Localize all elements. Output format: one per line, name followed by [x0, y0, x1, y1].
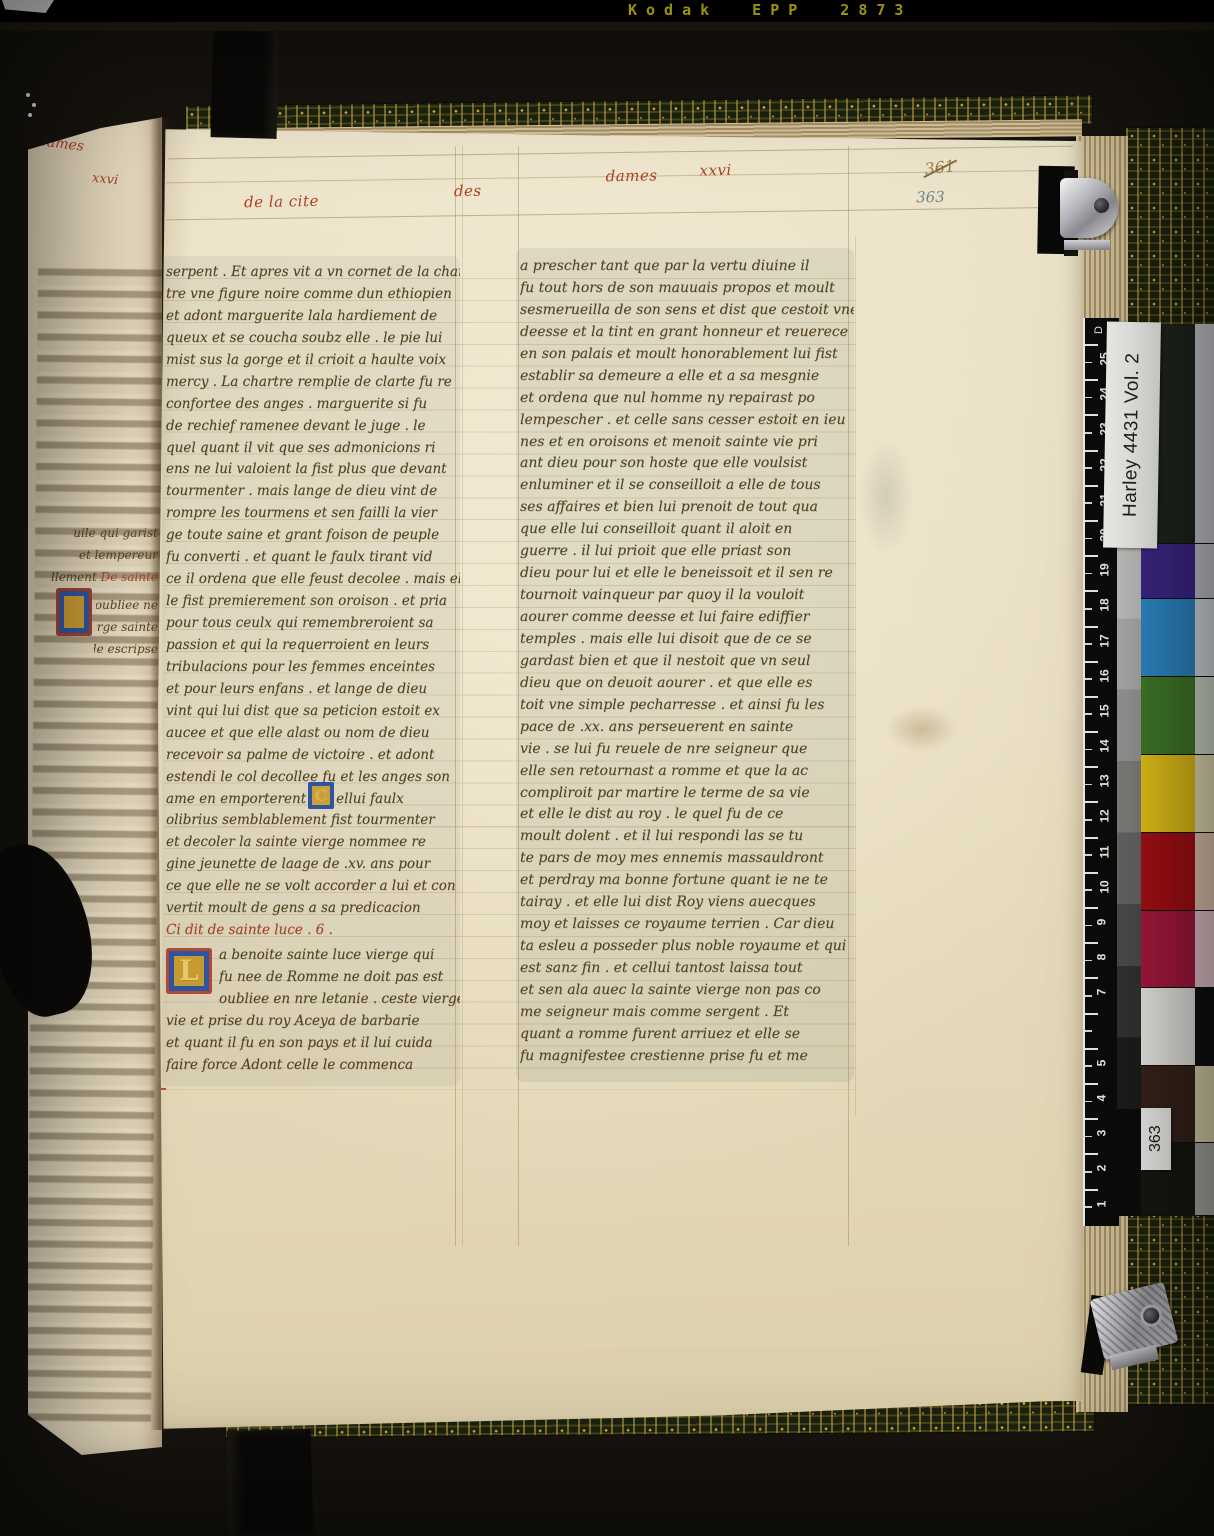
manuscript-line: et ordena que nul homme ny repairast po: [520, 388, 854, 410]
ruler-tick-cell: 16: [1085, 661, 1119, 696]
folio-number-old-struck: 361: [923, 156, 956, 179]
column-ruling: [518, 146, 519, 1246]
manuscript-line: confortee des anges . marguerite si fu: [166, 394, 460, 416]
tint-patch: [1195, 1143, 1214, 1216]
facing-text-fragment: et lempereur: [32, 548, 158, 562]
film-rebate-strip: [0, 0, 1214, 22]
film-speck: [32, 103, 36, 107]
film-speck: [26, 93, 30, 97]
manuscript-line: ant dieu pour son hoste que elle voulsis…: [520, 453, 854, 475]
shelfmark-label-text: Harley 4431 Vol. 2: [1103, 322, 1161, 549]
manuscript-line: aourer comme deesse et lui faire ediffie…: [520, 607, 854, 629]
manuscript-line: queux et se coucha soubz elle . le pie l…: [166, 328, 460, 350]
facing-text-fragment: uile qui garist: [32, 526, 158, 540]
running-header-part: de la cite: [244, 192, 319, 211]
manuscript-line: passion et qui la requerroient en leurs: [166, 635, 460, 657]
ruler-number: 3: [1094, 1130, 1108, 1137]
manuscript-line: ses affaires et bien lui prenoit de tout…: [520, 497, 854, 519]
manuscript-line: aucee et que elle alast ou nom de dieu: [166, 723, 460, 745]
ruler-number: 16: [1098, 669, 1112, 682]
facing-text-fragment: oubliee ne: [96, 598, 158, 612]
ruler-number: 5: [1094, 1059, 1108, 1066]
ruler-number: 8: [1094, 954, 1108, 961]
manuscript-line: moy et laisses ce royaume terrien . Car …: [520, 914, 854, 936]
film-stock-label: Kodak EPP 2873: [628, 1, 912, 19]
manuscript-line: ta esleu a posseder plus noble royaume e…: [520, 936, 854, 958]
ruler-number: 4: [1094, 1095, 1108, 1102]
manuscript-line: ce il ordena que elle feust decolee . ma…: [166, 569, 460, 591]
manuscript-line: de rechief ramenee devant le juge . le: [166, 416, 460, 438]
tint-patch: [1195, 833, 1214, 911]
ruler-number: 17: [1098, 634, 1112, 647]
manuscript-line: lempescher . et celle sans cesser estoit…: [520, 410, 854, 432]
ruler-tick-cell: 17: [1085, 626, 1119, 661]
manuscript-line: gine jeunette de laage de .xv. ans pour: [166, 854, 460, 876]
ruler-number: 18: [1098, 599, 1112, 612]
ruler-number: 2: [1094, 1165, 1108, 1172]
tint-patch: [1195, 1066, 1214, 1143]
manuscript-line: nes et en oroisons et menoit sainte vie …: [520, 432, 854, 454]
manuscript-line: deesse et la tint en grant honneur et re…: [520, 322, 854, 344]
illuminated-initial-L: L: [166, 948, 212, 994]
ruler-number: 19: [1098, 563, 1112, 576]
manuscript-line: compliroit par martire le terme de sa vi…: [520, 783, 854, 805]
manuscript-line: recevoir sa palme de victoire . et adont: [166, 745, 460, 767]
color-calibration-bar: D 25 24 23 22: [1083, 318, 1214, 1226]
manuscript-line: et elle le dist au roy . le quel fu de c…: [520, 804, 854, 826]
manuscript-line: toit vne simple pecharresse . et ainsi f…: [520, 695, 854, 717]
text-column-right: a prescher tant que par la vertu diuine …: [520, 256, 854, 1068]
manuscript-line: a prescher tant que par la vertu diuine …: [520, 256, 854, 278]
manuscript-line: te pars de moy mes ennemis massauldront: [520, 848, 854, 870]
tint-patch: [1195, 544, 1214, 599]
facing-text-fragment: llement De sainte: [32, 570, 158, 584]
chapter-rubric-row: Ci dit de sainte luce . 6 .: [166, 920, 460, 942]
manuscript-line: vie et prise du roy Aceya de barbarie: [166, 1011, 460, 1033]
manuscript-line: et perdray ma bonne fortune quant ie ne …: [520, 870, 854, 892]
film-rebate-edge: [0, 22, 1214, 31]
ruler-tick-cell: 1: [1085, 1189, 1119, 1224]
manuscript-line: enluminer et il se conseilloit a elle de…: [520, 475, 854, 497]
chapter-rubric: Ci dit de sainte luce . 6 .: [166, 920, 460, 942]
manuscript-line: temples . mais elle lui disoit que de ce…: [520, 629, 854, 651]
running-header: de la cite des dames xxvi 361 363: [157, 151, 1088, 239]
manuscript-line: et decoler la sainte vierge nommee re: [166, 832, 460, 854]
manuscript-line: gardast bien et que il nestoit que vn se…: [520, 651, 854, 673]
manuscript-line: quel quant il vit que ses admonicions ri: [166, 438, 460, 460]
manuscript-line: ce que elle ne se volt accorder a lui et…: [166, 876, 460, 898]
manuscript-line: dieu que on deuoit aourer . et que elle …: [520, 673, 854, 695]
ruler-tick-cell: 2: [1085, 1153, 1119, 1188]
ruler-number: 14: [1098, 739, 1112, 752]
manuscript-line: tribulacions pour les femmes enceintes: [166, 657, 460, 679]
ruler-tick-cell: 9: [1085, 907, 1119, 942]
manuscript-line: et adont marguerite lala hardiement de: [166, 306, 460, 328]
manuscript-line: elle sen retournast a romme et que la ac: [520, 761, 854, 783]
ruler-number: 7: [1094, 989, 1108, 996]
ruler-tick-cell: 10: [1085, 872, 1119, 907]
main-page-folio-363: de la cite des dames xxvi 361 363 serpen…: [158, 116, 1088, 1438]
ruler-tick-cell: 19: [1085, 555, 1119, 590]
ruler-number: 13: [1098, 775, 1112, 788]
manuscript-line: pace de .xx. ans perseuerent en sainte: [520, 717, 854, 739]
folio-number-new: 363: [916, 188, 945, 207]
tint-patch: [1195, 911, 1214, 988]
manuscript-line: moult dolent . et il lui respondi las se…: [520, 826, 854, 848]
column-ruling: [855, 236, 856, 1116]
manuscript-line: ens ne lui valoient la fist plus que dev…: [166, 459, 460, 481]
metal-clip-top: [1060, 178, 1118, 238]
running-header-part: dames: [605, 166, 657, 185]
ruler-tick-cell: 15: [1085, 696, 1119, 731]
manuscript-line: est sanz fin . et cellui tantost laissa …: [520, 958, 854, 980]
shelfmark-label: Harley 4431 Vol. 2: [1103, 322, 1161, 549]
tint-patch: [1195, 324, 1214, 544]
manuscript-photo: dames xxvi uile qui garist et lempereur …: [0, 0, 1214, 1536]
color-patch: [1141, 755, 1195, 833]
color-patch: [1141, 911, 1195, 988]
facing-text-fragment: vierge sainte: [96, 620, 158, 634]
manuscript-line: dieu pour lui et elle le beneissoit et i…: [520, 563, 854, 585]
ruler-tick-cell: 11: [1085, 837, 1119, 872]
book-strap-bottom: [227, 1429, 314, 1536]
ruler-tick-cell: [1085, 1013, 1119, 1048]
facing-chapter-numeral: xxvi: [91, 171, 119, 189]
manuscript-line: faire force Adont celle le commenca: [166, 1055, 460, 1077]
ruler-tick-cell: 12: [1085, 801, 1119, 836]
ruler-number: 12: [1098, 810, 1112, 823]
parchment-stain: [886, 706, 958, 752]
tint-patch: [1195, 988, 1214, 1066]
color-patch: [1141, 599, 1195, 677]
ruler-tick-cell: 13: [1085, 766, 1119, 801]
manuscript-line: tairay . et elle lui dist Roy viens auec…: [520, 892, 854, 914]
manuscript-line: vertit moult de gens a sa predicacion: [166, 898, 460, 920]
manuscript-line: serpent . Et apres vit a vn cornet de la…: [166, 262, 460, 284]
manuscript-line: olibrius semblablement fist tourmenter: [166, 810, 460, 832]
manuscript-line: oubliee en nre letanie . ceste vierge fu…: [219, 989, 460, 1011]
ruler-tick-cell: 18: [1085, 590, 1119, 625]
running-header-part: des: [454, 182, 482, 201]
manuscript-line: tre vne figure noire comme dun ethiopien: [166, 284, 460, 306]
text-column-left: serpent . Et apres vit a vn cornet de la…: [166, 262, 460, 920]
manuscript-line: mercy . La chartre remplie de clarte fu …: [166, 372, 460, 394]
manuscript-line: vie . se lui fu reuele de nre seigneur q…: [520, 739, 854, 761]
folio-sticker: 363: [1141, 1108, 1171, 1170]
ruler-number: 1: [1094, 1200, 1108, 1207]
ruler-number: 9: [1094, 919, 1108, 926]
text-column-left-after-rubric: L a benoite sainte luce vierge quifu nee…: [166, 945, 460, 1077]
ruler-number: 15: [1098, 704, 1112, 717]
color-patch: [1141, 833, 1195, 911]
parchment-stain: [858, 436, 914, 556]
manuscript-line: a benoite sainte luce vierge qui: [219, 945, 460, 967]
color-patch: [1141, 677, 1195, 755]
ruler-tick-cell: 8: [1085, 942, 1119, 977]
manuscript-line: et quant il fu en son pays et il lui cui…: [166, 1033, 460, 1055]
ruler-tick-cell: 7: [1085, 977, 1119, 1012]
manuscript-line: guerre . il lui prioit que elle priast s…: [520, 541, 854, 563]
manuscript-line: mist sus la gorge et il crioit a haulte …: [166, 350, 460, 372]
color-patch: [1141, 544, 1195, 599]
illuminated-initial-C: C: [308, 782, 334, 809]
manuscript-line: le fist premierement son oroison . et pr…: [166, 591, 460, 613]
manuscript-line: fu magnifestee crestienne prise fu et me: [520, 1046, 854, 1068]
manuscript-line: pour tous ceulx qui remembreroient sa: [166, 613, 460, 635]
facing-page-fragment: dames xxvi uile qui garist et lempereur …: [28, 112, 162, 1455]
manuscript-line: vint qui lui dist que sa peticion estoit…: [166, 701, 460, 723]
ruler-number: 11: [1097, 845, 1111, 858]
tint-patch: [1195, 755, 1214, 833]
tint-patch: [1195, 599, 1214, 677]
manuscript-line: fu nee de Romme ne doit pas est: [219, 967, 460, 989]
manuscript-line: fu converti . et quant le faulx tirant v…: [166, 547, 460, 569]
facing-text-fragment: la legende escripse: [94, 642, 158, 656]
ruler-tick-cell: 14: [1085, 731, 1119, 766]
manuscript-line: me seigneur mais comme sergent . Et: [520, 1002, 854, 1024]
manuscript-line: tourmenter . mais lange de dieu vint de: [166, 481, 460, 503]
manuscript-line: rompre les tourmens et sen failli la vie…: [166, 503, 460, 525]
manuscript-line: tournoit vainqueur par quoy il la vouloi…: [520, 585, 854, 607]
manuscript-line: fu tout hors de son mauuais propos et mo…: [520, 278, 854, 300]
facing-page-text-strokes: [26, 263, 163, 1422]
manuscript-line: en son palais et moult honorablement lui…: [520, 344, 854, 366]
facing-running-header: dames: [37, 133, 85, 154]
manuscript-line: quant a romme furent arriuez et elle se: [520, 1024, 854, 1046]
tint-patch: [1195, 677, 1214, 755]
ruler-top-label: D: [1093, 326, 1105, 334]
folio-sticker-text: 363: [1141, 1108, 1171, 1170]
color-patch: [1141, 988, 1195, 1066]
facing-illuminated-initial: [56, 588, 92, 636]
ruler-tick-cell: 5: [1085, 1048, 1119, 1083]
manuscript-line: sesmerueilla de son sens et dist que ces…: [520, 300, 854, 322]
column-ruling: [462, 146, 463, 1246]
ruler-tick-cell: 4: [1085, 1083, 1119, 1118]
ruler-number: 10: [1098, 880, 1112, 893]
ruler-tick-cell: 3: [1085, 1118, 1119, 1153]
manuscript-line: et sen ala auec la sainte vierge non pas…: [520, 980, 854, 1002]
facing-text-fragment-part: llement: [51, 570, 97, 584]
tint-patches-column: [1195, 324, 1214, 1216]
manuscript-line: ge toute saine et grant foison de peuple: [166, 525, 460, 547]
film-speck: [28, 113, 32, 117]
manuscript-line: establir sa demeure a elle et a sa mesgn…: [520, 366, 854, 388]
chapter-numeral: xxvi: [699, 161, 732, 180]
manuscript-line: que elle lui conseilloit quant il aloit …: [520, 519, 854, 541]
book-strap-top: [211, 25, 280, 139]
manuscript-line: et pour leurs enfans . et lange de dieu: [166, 679, 460, 701]
